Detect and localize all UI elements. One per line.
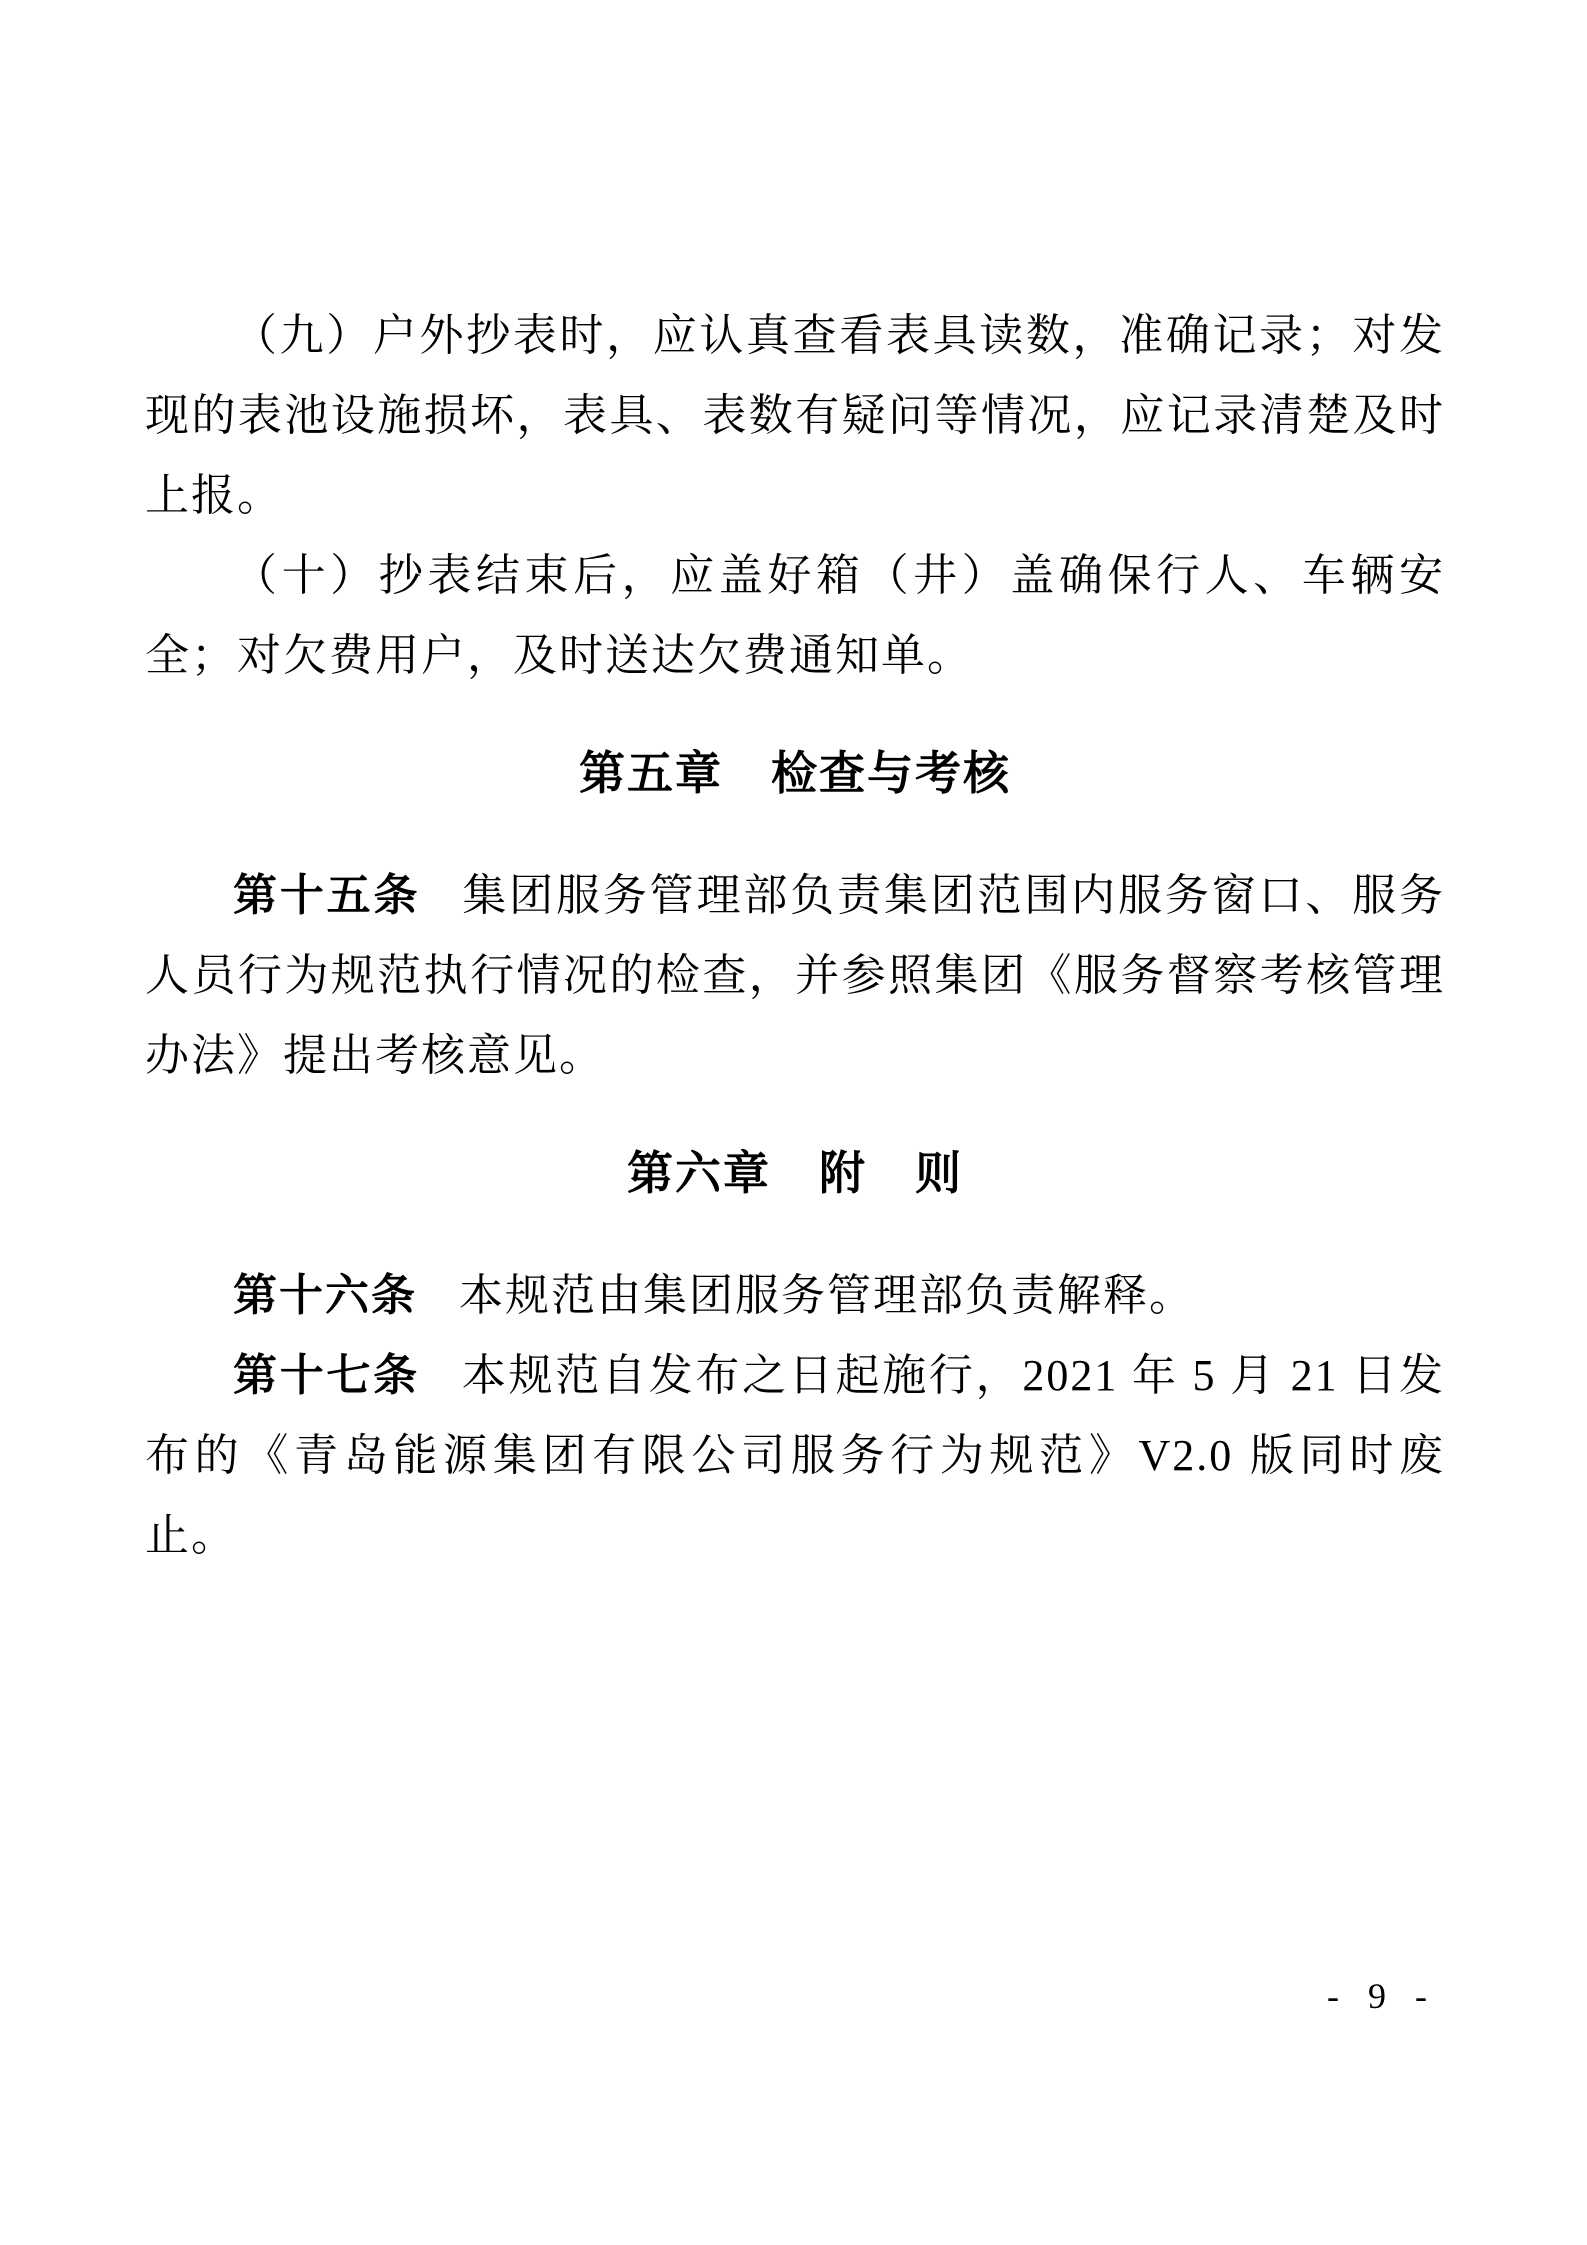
- document-page: （九）户外抄表时，应认真查看表具读数，准确记录；对发现的表池设施损坏，表具、表数…: [0, 0, 1587, 2245]
- article-15-label: 第十五条: [233, 871, 420, 920]
- article-16-label: 第十六条: [233, 1271, 417, 1320]
- article-16-paragraph: 第十六条本规范由集团服务管理部负责解释。: [145, 1256, 1445, 1336]
- article-17-paragraph: 第十七条本规范自发布之日起施行，2021 年 5 月 21 日发布的《青岛能源集…: [145, 1336, 1445, 1576]
- article-15-paragraph: 第十五条集团服务管理部负责集团范围内服务窗口、服务人员行为规范执行情况的检查，并…: [145, 856, 1445, 1096]
- page-number: - 9 -: [1327, 1972, 1437, 2020]
- paragraph-item-9: （九）户外抄表时，应认真查看表具读数，准确记录；对发现的表池设施损坏，表具、表数…: [145, 296, 1445, 536]
- paragraph-item-10: （十）抄表结束后，应盖好箱（井）盖确保行人、车辆安全；对欠费用户，及时送达欠费通…: [145, 536, 1445, 696]
- chapter-6-heading: 第六章 附 则: [145, 1134, 1445, 1214]
- article-16-text: 本规范由集团服务管理部负责解释。: [459, 1271, 1195, 1320]
- article-17-label: 第十七条: [233, 1351, 420, 1400]
- chapter-5-heading: 第五章 检查与考核: [145, 734, 1445, 814]
- document-content: （九）户外抄表时，应认真查看表具读数，准确记录；对发现的表池设施损坏，表具、表数…: [145, 296, 1445, 1576]
